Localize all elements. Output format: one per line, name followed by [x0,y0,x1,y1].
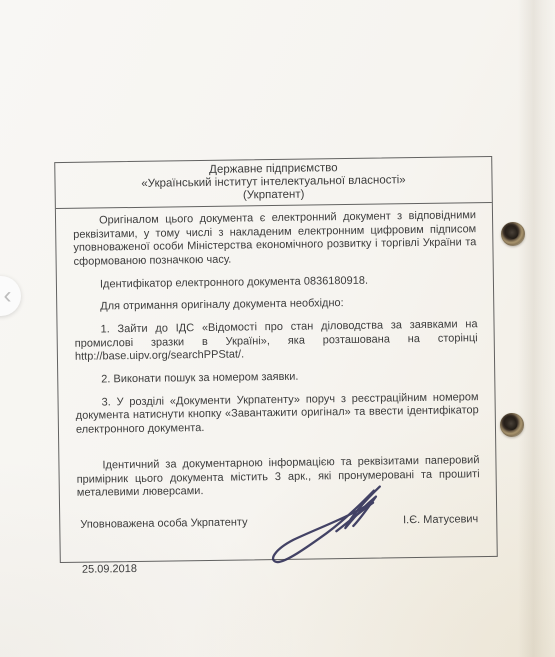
paragraph-identifier: Ідентифікатор електронного документа 083… [74,273,477,292]
paragraph-original-notice: Оригіналом цього документа є електронний… [73,210,477,269]
eyelet-hole [507,420,517,430]
document-header: Державне підприємство «Український інсти… [55,157,492,209]
signature-row: Уповноважена особа Укрпатенту І.Є. Матус… [60,513,496,531]
document-date: 25.09.2018 [61,558,497,576]
page-edge-shadow [518,0,555,657]
paragraph-step-2: 2. Виконати пошук за номером заявки. [75,368,478,387]
paragraph-step-1: 1. Зайти до ІДС «Відомості про стан діло… [74,319,478,365]
metal-eyelet-bottom [500,413,524,437]
document-body: Оригіналом цього документа є електронний… [56,203,496,500]
signer-name: І.Є. Матусевич [403,514,478,527]
paragraph-step-3: 3. У розділі «Документи Укрпатенту» пору… [76,391,480,437]
eyelet-hole [508,229,518,239]
paragraph-instructions-intro: Для отримання оригіналу документа необхі… [74,296,477,315]
paragraph-paper-copy-note: Ідентичний за документарною інформацією … [76,454,480,500]
document-photo: Державне підприємство «Український інсти… [0,0,555,657]
metal-eyelet-top [501,222,525,246]
document-frame: Державне підприємство «Український інсти… [54,156,498,563]
signer-role: Уповноважена особа Укрпатенту [80,517,247,531]
carousel-prev-button[interactable]: ‹ [0,276,21,316]
chevron-left-icon: ‹ [0,284,12,308]
